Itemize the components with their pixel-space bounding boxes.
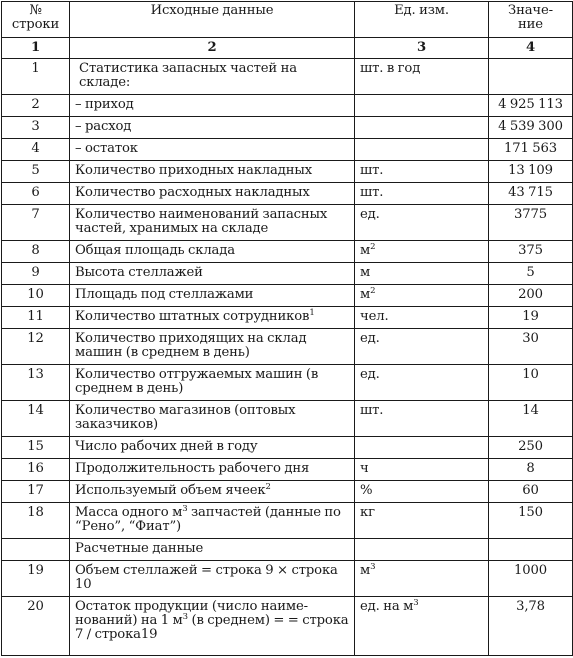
row-description: Продолжительность рабочего дня	[70, 459, 355, 481]
description-text: Продолжительность рабочего дня	[75, 461, 309, 476]
description-text: – приход	[75, 97, 134, 112]
row-unit	[355, 139, 489, 161]
row-number	[2, 539, 70, 561]
row-description: Масса одного м3 запчастей (данные по “Ре…	[70, 503, 355, 539]
row-unit	[355, 437, 489, 459]
row-value: 4 539 300	[489, 117, 573, 139]
row-value: 19	[489, 307, 573, 329]
table-row: 5Количество приходных накладныхшт.13 109	[2, 161, 573, 183]
header-row: №строки Исходные данные Ед. изм. Значе-н…	[2, 2, 573, 38]
row-number: 8	[2, 241, 70, 263]
row-number: 20	[2, 597, 70, 656]
row-number: 16	[2, 459, 70, 481]
table-row: 13Количество отгружаемых машин (в средне…	[2, 365, 573, 401]
row-value: 3775	[489, 205, 573, 241]
row-number: 1	[2, 59, 70, 95]
unit-text: кг	[360, 505, 375, 520]
table-row: 3– расход4 539 300	[2, 117, 573, 139]
row-number: 18	[2, 503, 70, 539]
row-number: 4	[2, 139, 70, 161]
row-unit: м2	[355, 285, 489, 307]
row-value: 4 925 113	[489, 95, 573, 117]
table-row: 1Статистика запасных частей на складе:шт…	[2, 59, 573, 95]
row-value	[489, 59, 573, 95]
row-description: Остаток продукции (число наиме-нований) …	[70, 597, 355, 656]
description-text: Объем стеллажей = строка 9 × строка 10	[75, 563, 338, 592]
description-text: Статистика запасных частей на складе:	[79, 61, 297, 90]
table-row: 8Общая площадь складам2375	[2, 241, 573, 263]
row-value: 200	[489, 285, 573, 307]
row-unit: ч	[355, 459, 489, 481]
row-value: 375	[489, 241, 573, 263]
row-unit: чел.	[355, 307, 489, 329]
row-description: – приход	[70, 95, 355, 117]
column-number-row: 1 2 3 4	[2, 38, 573, 59]
header-value-line1: Значе-	[508, 3, 553, 18]
description-text: Количество отгружаемых машин (в среднем …	[75, 367, 318, 396]
row-description: Объем стеллажей = строка 9 × строка 10	[70, 561, 355, 597]
row-value: 10	[489, 365, 573, 401]
unit-text: ед.	[360, 207, 380, 222]
row-unit: м	[355, 263, 489, 285]
column-number: 2	[70, 38, 355, 59]
row-number: 19	[2, 561, 70, 597]
column-number: 3	[355, 38, 489, 59]
row-value: 1000	[489, 561, 573, 597]
row-number: 5	[2, 161, 70, 183]
row-number: 2	[2, 95, 70, 117]
row-value: 8	[489, 459, 573, 481]
description-text: Количество штатных сотрудников	[75, 309, 309, 324]
row-description: Общая площадь склада	[70, 241, 355, 263]
row-unit	[355, 539, 489, 561]
table-row: 10Площадь под стеллажамим2200	[2, 285, 573, 307]
row-unit	[355, 117, 489, 139]
data-table: №строки Исходные данные Ед. изм. Значе-н…	[1, 1, 573, 656]
table-row: 20Остаток продукции (число наиме-нований…	[2, 597, 573, 656]
table-row: 9Высота стеллажейм5	[2, 263, 573, 285]
unit-exponent: 2	[370, 286, 375, 296]
table-row: 17Используемый объем ячеек2%60	[2, 481, 573, 503]
row-description: Количество расходных накладных	[70, 183, 355, 205]
row-value	[489, 539, 573, 561]
row-description: – остаток	[70, 139, 355, 161]
table-row: 16Продолжительность рабочего дняч8	[2, 459, 573, 481]
description-text: – расход	[75, 119, 131, 134]
row-description: Статистика запасных частей на складе:	[70, 59, 355, 95]
header-value: Значе-ние	[489, 2, 573, 38]
row-number: 17	[2, 481, 70, 503]
unit-text: ед. на м	[360, 599, 413, 614]
row-value: 30	[489, 329, 573, 365]
row-unit: ед.	[355, 365, 489, 401]
table-row: 12Количество приходящих на склад машин (…	[2, 329, 573, 365]
row-description: Количество приходящих на склад машин (в …	[70, 329, 355, 365]
row-number: 9	[2, 263, 70, 285]
header-number-sign: №	[29, 3, 41, 18]
table-row: 6Количество расходных накладныхшт.43 715	[2, 183, 573, 205]
column-number: 4	[489, 38, 573, 59]
row-unit: м2	[355, 241, 489, 263]
unit-exponent: 3	[370, 562, 375, 572]
header-row-number: №строки	[2, 2, 70, 38]
table-row: 11Количество штатных сотрудников1чел.19	[2, 307, 573, 329]
header-source-data: Исходные данные	[70, 2, 355, 38]
row-value: 3,78	[489, 597, 573, 656]
row-unit: кг	[355, 503, 489, 539]
row-number: 10	[2, 285, 70, 307]
row-description: Количество наименований запасных частей,…	[70, 205, 355, 241]
table-row: 4– остаток171 563	[2, 139, 573, 161]
row-number: 13	[2, 365, 70, 401]
row-number: 7	[2, 205, 70, 241]
unit-text: %	[360, 483, 372, 498]
unit-text: м	[360, 243, 370, 258]
unit-text: м	[360, 563, 370, 578]
unit-text: чел.	[360, 309, 389, 324]
table-row: 14Количество магазинов (оптовых заказчик…	[2, 401, 573, 437]
row-value: 150	[489, 503, 573, 539]
row-unit: ед.	[355, 329, 489, 365]
footnote-marker: 2	[265, 482, 270, 492]
unit-exponent: 2	[370, 242, 375, 252]
row-description: Площадь под стеллажами	[70, 285, 355, 307]
row-unit: м3	[355, 561, 489, 597]
row-value: 14	[489, 401, 573, 437]
row-value: 250	[489, 437, 573, 459]
row-description: Расчетные данные	[70, 539, 355, 561]
row-description: – расход	[70, 117, 355, 139]
unit-text: ед.	[360, 367, 380, 382]
row-unit: шт.	[355, 183, 489, 205]
description-text: Масса одного м	[75, 505, 182, 520]
description-text: Расчетные данные	[75, 541, 203, 556]
table-row: 15Число рабочих дней в году250	[2, 437, 573, 459]
table-row: 18Масса одного м3 запчастей (данные по “…	[2, 503, 573, 539]
unit-text: шт.	[360, 185, 383, 200]
row-number: 6	[2, 183, 70, 205]
row-unit: ед. на м3	[355, 597, 489, 656]
row-value: 60	[489, 481, 573, 503]
description-text: Площадь под стеллажами	[75, 287, 253, 302]
row-unit	[355, 95, 489, 117]
row-description: Количество магазинов (оптовых заказчиков…	[70, 401, 355, 437]
unit-text: шт.	[360, 403, 383, 418]
unit-text: ч	[360, 461, 369, 476]
description-text: Количество приходных накладных	[75, 163, 312, 178]
column-number: 1	[2, 38, 70, 59]
row-description: Количество отгружаемых машин (в среднем …	[70, 365, 355, 401]
unit-text: м	[360, 265, 370, 280]
unit-text: шт.	[360, 163, 383, 178]
row-value: 5	[489, 263, 573, 285]
row-value: 171 563	[489, 139, 573, 161]
row-value: 43 715	[489, 183, 573, 205]
description-text: Общая площадь склада	[75, 243, 235, 258]
row-description: Количество приходных накладных	[70, 161, 355, 183]
row-number: 12	[2, 329, 70, 365]
row-number: 3	[2, 117, 70, 139]
description-text: Число рабочих дней в году	[75, 439, 258, 454]
row-unit: ед.	[355, 205, 489, 241]
row-unit: шт.	[355, 161, 489, 183]
row-description: Используемый объем ячеек2	[70, 481, 355, 503]
row-unit: шт. в год	[355, 59, 489, 95]
row-value: 13 109	[489, 161, 573, 183]
row-description: Число рабочих дней в году	[70, 437, 355, 459]
header-value-line2: ние	[518, 17, 543, 32]
description-text: Количество наименований запасных частей,…	[75, 207, 327, 236]
unit-text: шт. в год	[360, 61, 420, 76]
description-text: Количество приходящих на склад машин (в …	[75, 331, 306, 360]
unit-text: м	[360, 287, 370, 302]
unit-text: ед.	[360, 331, 380, 346]
row-number: 11	[2, 307, 70, 329]
row-description: Количество штатных сотрудников1	[70, 307, 355, 329]
row-number: 15	[2, 437, 70, 459]
row-description: Высота стеллажей	[70, 263, 355, 285]
header-number-label: строки	[12, 17, 59, 32]
description-text: Используемый объем ячеек	[75, 483, 265, 498]
table-row: Расчетные данные	[2, 539, 573, 561]
header-unit: Ед. изм.	[355, 2, 489, 38]
table-row: 2– приход4 925 113	[2, 95, 573, 117]
table-row: 19Объем стеллажей = строка 9 × строка 10…	[2, 561, 573, 597]
table-row: 7Количество наименований запасных частей…	[2, 205, 573, 241]
description-text: Высота стеллажей	[75, 265, 203, 280]
footnote-marker: 1	[309, 308, 314, 318]
row-unit: %	[355, 481, 489, 503]
description-text: – остаток	[75, 141, 138, 156]
unit-exponent: 3	[413, 598, 418, 608]
description-text: Количество расходных накладных	[75, 185, 310, 200]
row-number: 14	[2, 401, 70, 437]
description-text: Количество магазинов (оптовых заказчиков…	[75, 403, 295, 432]
row-unit: шт.	[355, 401, 489, 437]
